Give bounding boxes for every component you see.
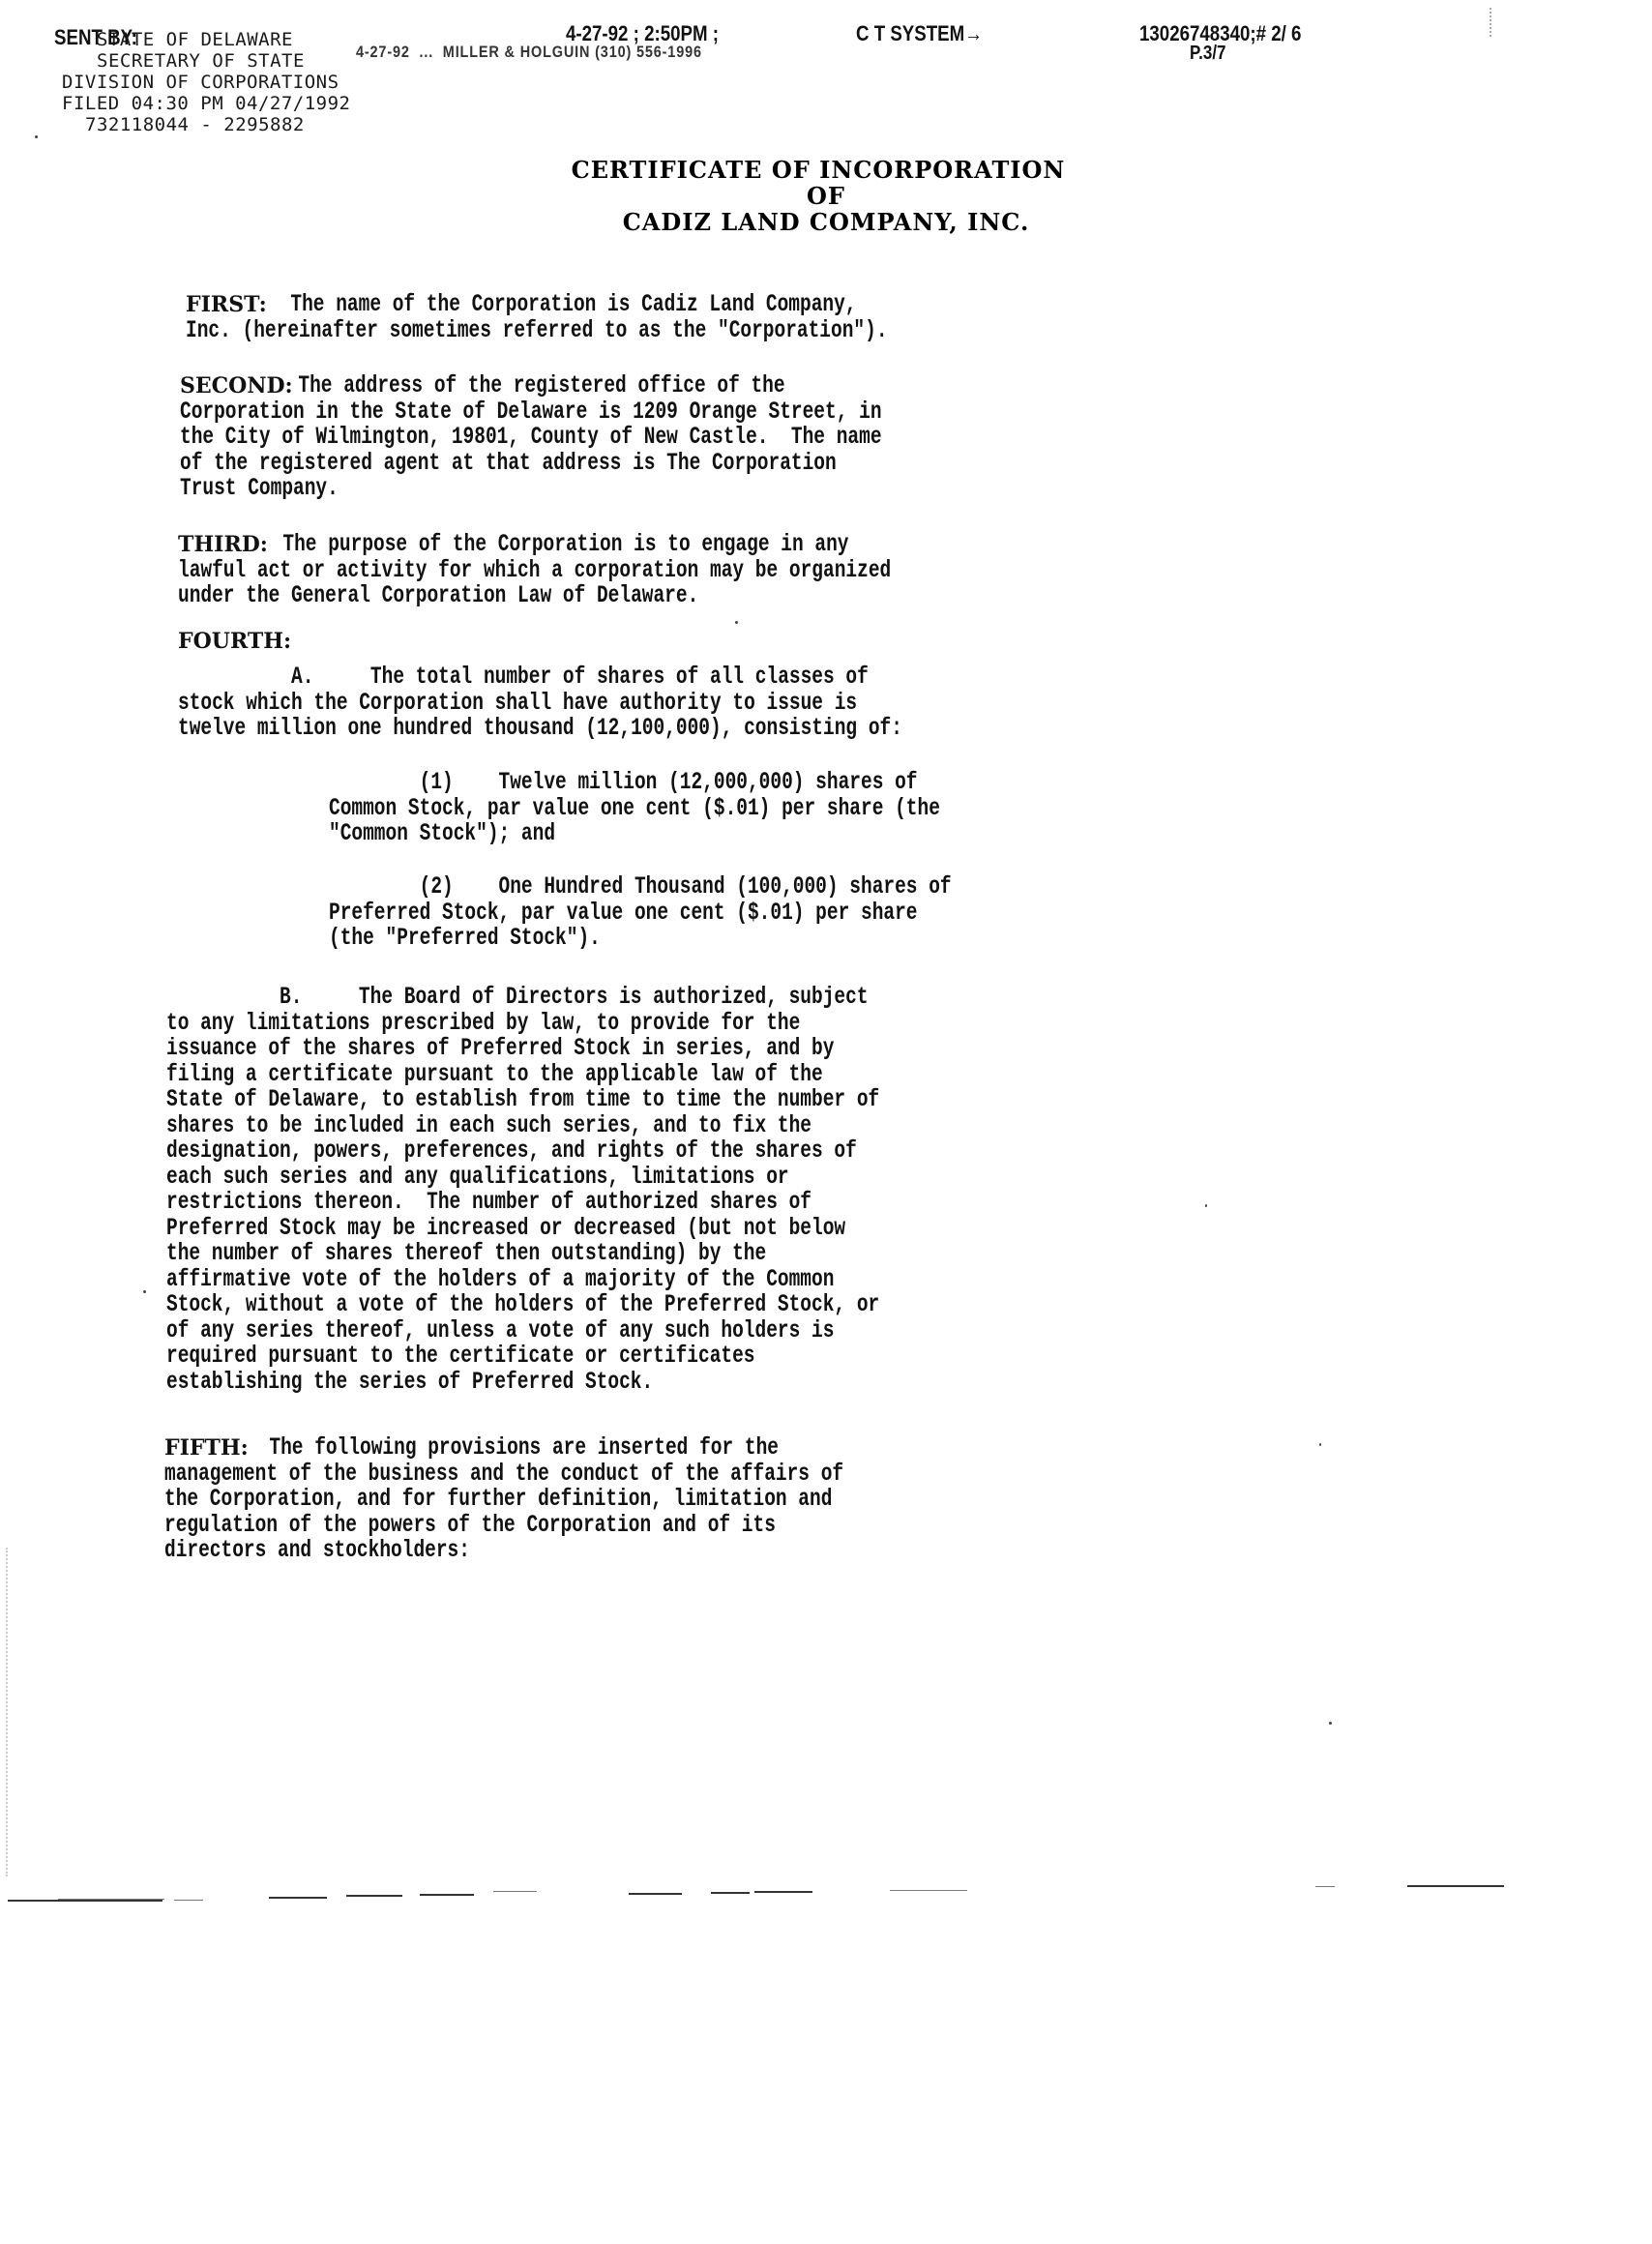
text-line: regulation of the powers of the Corporat… [164, 1511, 776, 1539]
text-line: establishing the series of Preferred Sto… [166, 1368, 653, 1396]
article-label: THIRD: [178, 532, 268, 557]
text-line: State of Delaware, to establish from tim… [166, 1085, 879, 1113]
text-line: under the General Corporation Law of Del… [178, 581, 698, 609]
text-line: The address of the registered office of … [276, 371, 785, 399]
text-line: Preferred Stock, par value one cent ($.0… [329, 899, 918, 927]
text-line: management of the business and the condu… [164, 1460, 843, 1488]
scan-artifact-dots [6, 1548, 10, 1876]
text-line: the number of shares thereof then outsta… [166, 1239, 766, 1267]
text-line: (the "Preferred Stock"). [329, 924, 601, 952]
scan-artifact-line [890, 1890, 967, 1891]
text-line: restrictions thereon. The number of auth… [166, 1188, 811, 1216]
stamp-secretary: SECRETARY OF STATE [97, 50, 350, 72]
scan-artifact-line [174, 1900, 203, 1901]
scan-artifact-line [629, 1893, 682, 1895]
text-line: each such series and any qualifications,… [166, 1163, 789, 1191]
title-line-2: OF [0, 183, 1652, 209]
scan-speck [1319, 1443, 1321, 1446]
fax-page-number: P.3/7 [1190, 43, 1226, 65]
text-line: issuance of the shares of Preferred Stoc… [166, 1034, 834, 1062]
text-line: affirmative vote of the holders of a maj… [166, 1265, 834, 1293]
text-line: Trust Company. [180, 474, 339, 502]
document-title: CERTIFICATE OF INCORPORATION OF CADIZ LA… [0, 157, 1652, 235]
scan-speck [35, 135, 38, 138]
scan-artifact-line [420, 1894, 474, 1896]
text-line: to any limitations prescribed by law, to… [166, 1009, 800, 1037]
scan-artifact-dots [1490, 8, 1493, 37]
text-line: Inc. (hereinafter sometimes referred to … [186, 316, 888, 344]
text-line: required pursuant to the certificate or … [166, 1342, 755, 1370]
text-line: (2) One Hundred Thousand (100,000) share… [329, 872, 952, 901]
stamp-division: DIVISION OF CORPORATIONS [62, 72, 350, 93]
stamp-filed: FILED 04:30 PM 04/27/1992 [62, 93, 350, 114]
scan-speck [143, 1290, 146, 1293]
text-line: (1) Twelve million (12,000,000) shares o… [329, 768, 918, 796]
text-line: Corporation in the State of Delaware is … [180, 398, 882, 426]
scan-artifact-line [493, 1891, 537, 1892]
scan-artifact-line [1315, 1886, 1335, 1887]
text-line: B. The Board of Directors is authorized,… [166, 983, 869, 1011]
fax-page: SENT BY: 4-27-92 ; 2:50PM ; C T SYSTEM→ … [0, 0, 1652, 2244]
text-line: twelve million one hundred thousand (12,… [178, 714, 902, 742]
scan-artifact-line [754, 1891, 812, 1893]
text-line: the Corporation, and for further definit… [164, 1485, 832, 1513]
text-line: directors and stockholders: [164, 1536, 470, 1564]
scan-artifact-line [269, 1897, 327, 1899]
title-line-1: CERTIFICATE OF INCORPORATION [0, 157, 1644, 183]
filing-stamp: STATE OF DELAWARE SECRETARY OF STATE DIV… [97, 29, 350, 135]
scan-speck [735, 621, 738, 624]
text-line: stock which the Corporation shall have a… [178, 689, 857, 717]
text-line: Stock, without a vote of the holders of … [166, 1290, 879, 1318]
scan-artifact-line [711, 1892, 750, 1894]
text-line: designation, powers, preferences, and ri… [166, 1137, 857, 1165]
text-line: A. The total number of shares of all cla… [178, 663, 869, 691]
stamp-state: STATE OF DELAWARE [97, 29, 350, 50]
text-line: lawful act or activity for which a corpo… [178, 556, 891, 584]
scan-artifact-line [1407, 1885, 1504, 1887]
scan-artifact-line [346, 1895, 402, 1897]
stamp-file-number: 732118044 - 2295882 [85, 114, 350, 135]
text-line: The name of the Corporation is Cadiz Lan… [268, 290, 857, 318]
article-label: FIFTH: [164, 1435, 249, 1461]
text-line: "Common Stock"); and [329, 819, 555, 847]
fax-overprint-line: 4-27-92 ... MILLER & HOLGUIN (310) 556-1… [356, 43, 702, 62]
text-line: of any series thereof, unless a vote of … [166, 1316, 834, 1344]
text-line: shares to be included in each such serie… [166, 1111, 811, 1139]
text-line: The purpose of the Corporation is to eng… [260, 530, 849, 558]
scan-artifact-line [58, 1899, 164, 1900]
fax-sender-system: C T SYSTEM→ [856, 21, 983, 46]
title-line-3: CADIZ LAND COMPANY, INC. [0, 209, 1652, 235]
text-line: The following provisions are inserted fo… [247, 1433, 779, 1462]
text-line: the City of Wilmington, 19801, County of… [180, 423, 882, 451]
scan-speck [1329, 1722, 1332, 1725]
article-label-fourth: FOURTH: [178, 629, 291, 654]
scan-artifact-line [8, 1900, 162, 1902]
article-label: FIRST: [186, 292, 267, 317]
text-line: Common Stock, par value one cent ($.01) … [329, 794, 940, 822]
text-line: filing a certificate pursuant to the app… [166, 1060, 823, 1088]
text-line: of the registered agent at that address … [180, 449, 837, 477]
text-line: Preferred Stock may be increased or decr… [166, 1214, 845, 1242]
scan-speck [1205, 1204, 1207, 1207]
